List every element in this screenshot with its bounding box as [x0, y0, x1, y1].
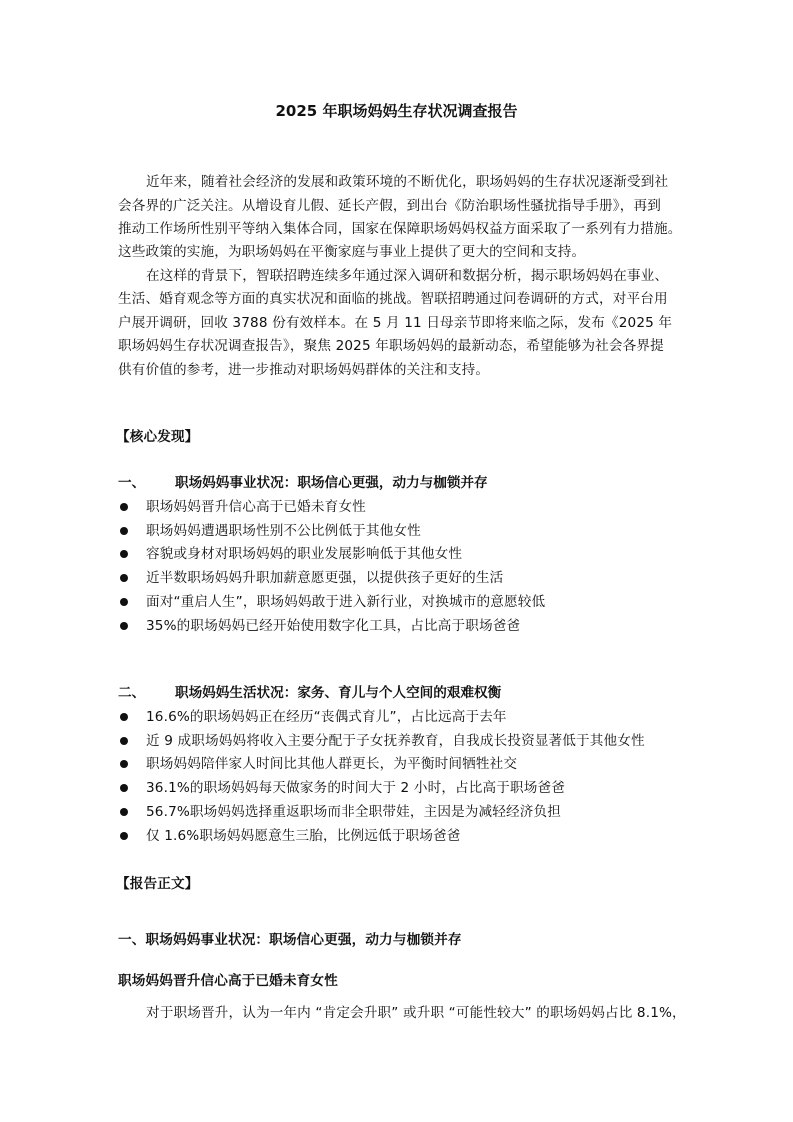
bullet-icon	[120, 550, 128, 558]
bullet-icon	[120, 784, 128, 792]
bullet-icon	[120, 503, 128, 511]
document-page: 2025 年职场妈妈生存状况调查报告 近年来，随着社会经济的发展和政策环境的不断…	[0, 0, 793, 1122]
bullet-text: 职场妈妈陪伴家人时间比其他人群更长，为平衡时间牺牲社交	[146, 755, 517, 773]
bullet-icon	[120, 598, 128, 606]
bullet-text: 56.7%职场妈妈选择重返职场而非全职带娃，主因是为减轻经济负担	[146, 803, 561, 821]
core-findings-label: 【核心发现】	[116, 428, 198, 446]
bullet-text: 职场妈妈晋升信心高于已婚未育女性	[146, 498, 366, 516]
bullet-text: 仅 1.6%职场妈妈愿意生三胎，比例远低于职场爸爸	[146, 827, 460, 845]
intro-paragraph-1-line: 会各界的广泛关注。从增设育儿假、延长产假，到出台《防治职场性骚扰指导手册》，再到	[118, 197, 661, 215]
section-heading-text: 职场妈妈事业状况：职场信心更强，动力与枷锁并存	[175, 474, 488, 492]
bullet-text: 职场妈妈遭遇职场性别不公比例低于其他女性	[146, 522, 421, 540]
bullet-icon	[120, 737, 128, 745]
intro-paragraph-1-line: 这些政策的实施，为职场妈妈在平衡家庭与事业上提供了更大的空间和支持。	[118, 243, 585, 261]
bullet-icon	[120, 574, 128, 582]
intro-paragraph-2-line: 生活、婚育观念等方面的真实状况和面临的挑战。智联招聘通过问卷调研的方式，对平台用	[118, 290, 668, 308]
section-number: 一、	[118, 474, 145, 492]
bullet-text: 近半数职场妈妈升职加薪意愿更强，以提供孩子更好的生活	[146, 569, 503, 587]
document-title: 2025 年职场妈妈生存状况调查报告	[0, 101, 793, 121]
bullet-text: 近 9 成职场妈妈将收入主要分配于子女抚养教育，自我成长投资显著低于其他女性	[146, 732, 645, 750]
section-number: 二、	[118, 684, 145, 702]
bullet-text: 35%的职场妈妈已经开始使用数字化工具，占比高于职场爸爸	[146, 617, 520, 635]
bullet-icon	[120, 713, 128, 721]
report-body-section-heading: 一、职场妈妈事业状况：职场信心更强，动力与枷锁并存	[118, 931, 462, 949]
intro-paragraph-1-line: 推动工作场所性别平等纳入集体合同，国家在保障职场妈妈权益方面采取了一系列有力措施…	[118, 220, 682, 238]
bullet-icon	[120, 832, 128, 840]
bullet-text: 36.1%的职场妈妈每天做家务的时间大于 2 小时，占比高于职场爸爸	[146, 779, 565, 797]
intro-paragraph-1-line: 近年来，随着社会经济的发展和政策环境的不断优化，职场妈妈的生存状况逐渐受到社	[146, 173, 668, 191]
intro-paragraph-2-line: 户展开调研，回收 3788 份有效样本。在 5 月 11 日母亲节即将来临之际，…	[118, 314, 672, 332]
report-body-paragraph-line: 对于职场晋升，认为一年内 “肯定会升职” 或升职 “可能性较大” 的职场妈妈占比…	[146, 1004, 686, 1022]
intro-paragraph-2-line: 在这样的背景下，智联招聘连续多年通过深入调研和数据分析，揭示职场妈妈在事业、	[146, 267, 668, 285]
bullet-text: 容貌或身材对职场妈妈的职业发展影响低于其他女性	[146, 545, 462, 563]
bullet-icon	[120, 808, 128, 816]
intro-paragraph-2-line: 职场妈妈生存状况调查报告》，聚焦 2025 年职场妈妈的最新动态，希望能够为社会…	[118, 337, 664, 355]
section-heading-text: 职场妈妈生活状况：家务、育儿与个人空间的艰难权衡	[175, 684, 501, 702]
bullet-icon	[120, 622, 128, 630]
intro-paragraph-2-line: 供有价值的参考，进一步推动对职场妈妈群体的关注和支持。	[118, 361, 489, 379]
bullet-text: 面对“重启人生”，职场妈妈敢于进入新行业，对换城市的意愿较低	[146, 593, 545, 611]
bullet-text: 16.6%的职场妈妈正在经历“丧偶式育儿”，占比远高于去年	[146, 708, 507, 726]
report-body-subheading: 职场妈妈晋升信心高于已婚未育女性	[118, 972, 338, 990]
bullet-icon	[120, 760, 128, 768]
report-body-label: 【报告正文】	[116, 875, 198, 893]
bullet-icon	[120, 527, 128, 535]
